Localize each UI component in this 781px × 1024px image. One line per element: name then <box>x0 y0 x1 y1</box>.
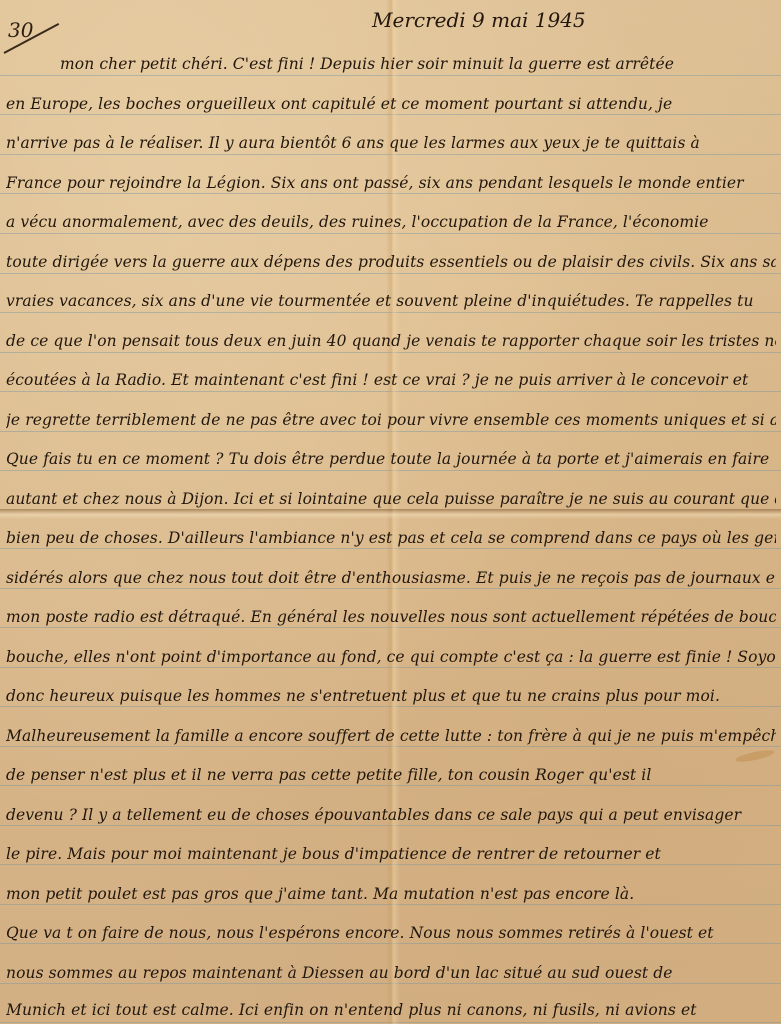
letter-line-11: Que fais tu en ce moment ? Tu dois être … <box>6 449 776 469</box>
horizontal-fold-crease <box>0 509 781 519</box>
letter-line-16: bouche, elles n'ont point d'importance a… <box>6 647 776 667</box>
letter-line-9: écoutées à la Radio. Et maintenant c'est… <box>6 370 776 390</box>
letter-line-18: Malheureusement la famille a encore souf… <box>6 726 776 746</box>
letter-line-24: nous sommes au repos maintenant à Diesse… <box>6 963 776 983</box>
letter-line-23: Que va t on faire de nous, nous l'espéro… <box>6 923 776 943</box>
letter-line-1: mon cher petit chéri. C'est fini ! Depui… <box>60 54 776 74</box>
letter-line-4: France pour rejoindre la Légion. Six ans… <box>6 173 776 193</box>
letter-line-5: a vécu anormalement, avec des deuils, de… <box>6 212 776 232</box>
letter-line-13: bien peu de choses. D'ailleurs l'ambianc… <box>6 528 776 548</box>
letter-line-3: n'arrive pas à le réaliser. Il y aura bi… <box>6 133 776 153</box>
letter-line-15: mon poste radio est détraqué. En général… <box>6 607 776 627</box>
letter-line-17: donc heureux puisque les hommes ne s'ent… <box>6 686 776 706</box>
letter-line-10: je regrette terriblement de ne pas être … <box>6 410 776 430</box>
letter-date: Mercredi 9 mai 1945 <box>372 8 586 32</box>
letter-line-6: toute dirigée vers la guerre aux dépens … <box>6 252 776 272</box>
letter-line-22: mon petit poulet est pas gros que j'aime… <box>6 884 776 904</box>
letter-line-2: en Europe, les boches orgueilleux ont ca… <box>6 94 776 114</box>
letter-line-19: de penser n'est plus et il ne verra pas … <box>6 765 776 785</box>
letter-line-7: vraies vacances, six ans d'une vie tourm… <box>6 291 776 311</box>
letter-line-8: de ce que l'on pensait tous deux en juin… <box>6 331 776 351</box>
letter-page: 30 Mercredi 9 mai 1945 mon cher petit ch… <box>0 0 781 1024</box>
letter-line-25: Munich et ici tout est calme. Ici enfin … <box>6 1000 776 1020</box>
letter-line-21: le pire. Mais pour moi maintenant je bou… <box>6 844 776 864</box>
letter-line-14: sidérés alors que chez nous tout doit êt… <box>6 568 776 588</box>
letter-line-12: autant et chez nous à Dijon. Ici et si l… <box>6 489 776 509</box>
letter-line-20: devenu ? Il y a tellement eu de choses é… <box>6 805 776 825</box>
paper-stain <box>735 748 776 764</box>
